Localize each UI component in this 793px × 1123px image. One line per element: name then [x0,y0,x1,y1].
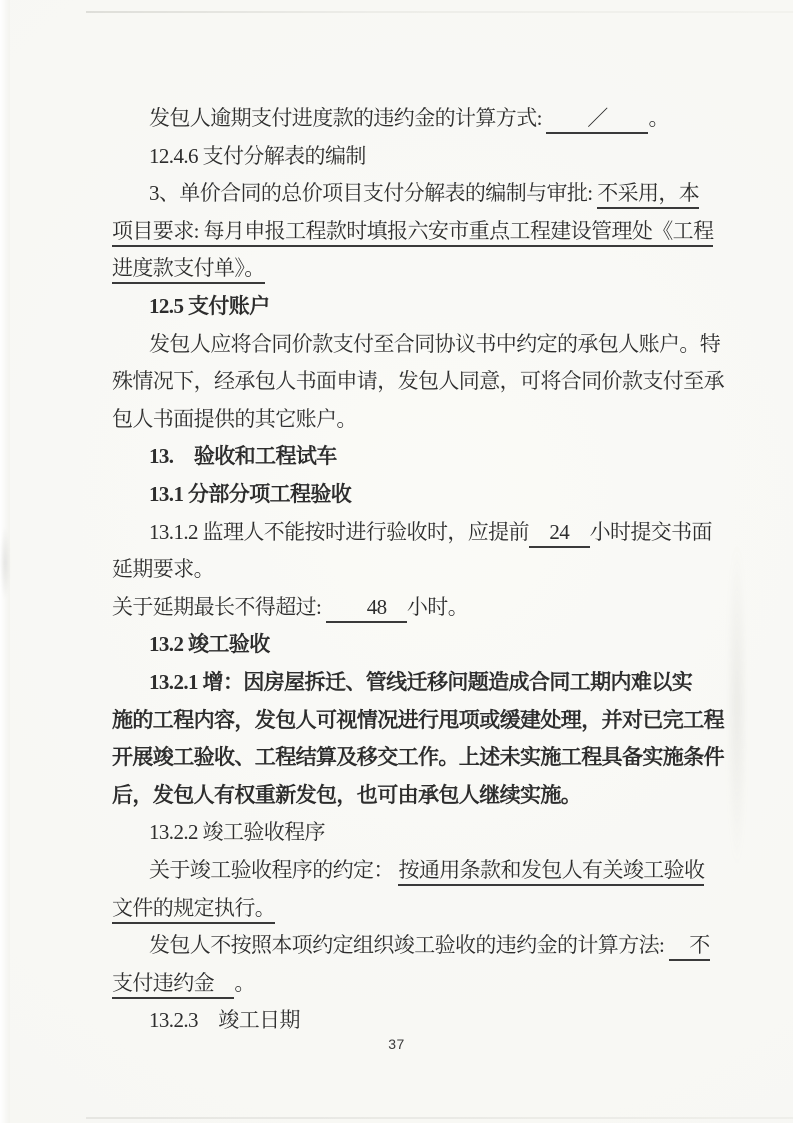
filled-blank-text: 不 [669,933,710,961]
line-text: 关于延期最长不得超过: [112,595,326,619]
line-text: 发包人逾期支付进度款的违约金的计算方式: [149,106,546,130]
filled-blank-text: 进度款支付单》。 [112,256,265,284]
text-line-delay-limit: 关于延期最长不得超过: 48 小时。 [112,592,468,622]
line-text: 13.2.2 竣工验收程序 [149,820,325,844]
line-text: 包人书面提供的其它账户。 [112,407,357,431]
line-text: 发包人应将合同价款支付至合同协议书中约定的承包人账户。特 [149,332,720,356]
text-line-13-2-1-c: 开展竣工验收、工程结算及移交工作。上述未实施工程具备实施条件 [112,742,724,772]
text-line-penalty-method: 发包人不按照本项约定组织竣工验收的违约金的计算方法: 不 [112,930,710,960]
line-text: 13.1 分部分项工程验收 [149,482,351,506]
line-text: 13.2 竣工验收 [149,632,270,656]
line-text: 3、单价合同的总价项目支付分解表的编制与审批: [149,181,597,205]
heading-12-5: 12.5 支付账户 [112,291,270,321]
heading-13-2-2: 13.2.2 竣工验收程序 [112,817,325,847]
filled-blank-text: 文件的规定执行。 [112,896,275,924]
scanned-contract-page: 发包人逾期支付进度款的违约金的计算方式: ／ 。 12.4.6 支付分解表的编制… [0,0,793,1123]
line-text: 关于竣工验收程序的约定： [149,858,398,882]
filled-blank-24: 24 [529,520,590,548]
filled-blank-text: 支付违约金 [112,971,234,999]
text-line-account-1: 发包人应将合同价款支付至合同协议书中约定的承包人账户。特 [112,329,720,359]
heading-13-1: 13.1 分部分项工程验收 [112,479,351,509]
line-text: 后，发包人有权重新发包，也可由承包人继续实施。 [112,783,581,807]
text-line-item3-cont: 项目要求: 每月申报工程款时填报六安市重点工程建设管理处《工程 [112,216,713,246]
line-text: 13.2.1 增：因房屋拆迁、管线迁移问题造成合同工期内难以实 [149,670,692,694]
line-text: 13.2.3 竣工日期 [149,1008,300,1032]
heading-13-2: 13.2 竣工验收 [112,629,270,659]
text-line-13-2-1-b: 施的工程内容，发包人可视情况进行甩项或缓建处理，并对已完工程 [112,705,724,735]
text-line-acceptance-proc-cont: 文件的规定执行。 [112,893,275,923]
line-text: 13. 验收和工程试车 [149,444,337,468]
filled-blank-text: 按通用条款和发包人有关竣工验收 [398,858,704,886]
line-text: 施的工程内容，发包人可视情况进行甩项或缓建处理，并对已完工程 [112,708,724,732]
filled-blank-text: 不采用，本 [597,181,699,209]
line-text: 12.5 支付账户 [149,294,270,318]
text-line-13-1-2-cont: 延期要求。 [112,554,214,584]
heading-13: 13. 验收和工程试车 [112,441,337,471]
filled-blank-slash: ／ [546,106,648,134]
line-text: 小时。 [407,595,468,619]
line-text: 开展竣工验收、工程结算及移交工作。上述未实施工程具备实施条件 [112,745,724,769]
line-text: 发包人不按照本项约定组织竣工验收的违约金的计算方法: [149,933,669,957]
page-number: 37 [0,1036,793,1052]
text-line-13-2-1-d: 后，发包人有权重新发包，也可由承包人继续实施。 [112,780,581,810]
scan-edge-bottom [86,1117,793,1119]
scan-smudge-left [0,528,10,598]
line-text: 。 [648,106,668,130]
line-text: 殊情况下，经承包人书面申请，发包人同意，可将合同价款支付至承 [112,369,724,393]
scan-smudge-right [726,540,748,870]
text-line-13-1-2: 13.1.2 监理人不能按时进行验收时，应提前 24 小时提交书面 [112,517,712,547]
text-line-13-2-1-a: 13.2.1 增：因房屋拆迁、管线迁移问题造成合同工期内难以实 [112,667,692,697]
text-line-item3: 3、单价合同的总价项目支付分解表的编制与审批: 不采用，本 [112,178,699,208]
line-text: 。 [234,971,254,995]
filled-blank-48: 48 [326,595,407,623]
line-text: 13.1.2 监理人不能按时进行验收时，应提前 [149,520,529,544]
text-line-penalty-method-cont: 支付违约金 。 [112,968,255,998]
line-text: 小时提交书面 [590,520,712,544]
line-text: 12.4.6 支付分解表的编制 [149,144,366,168]
heading-12-4-6: 12.4.6 支付分解表的编制 [112,141,366,171]
text-line-item3-end: 进度款支付单》。 [112,253,265,283]
heading-13-2-3: 13.2.3 竣工日期 [112,1005,300,1035]
text-line-account-3: 包人书面提供的其它账户。 [112,404,357,434]
text-line-account-2: 殊情况下，经承包人书面申请，发包人同意，可将合同价款支付至承 [112,366,724,396]
text-line-acceptance-proc: 关于竣工验收程序的约定： 按通用条款和发包人有关竣工验收 [112,855,704,885]
text-line-penalty-calc: 发包人逾期支付进度款的违约金的计算方式: ／ 。 [112,103,669,133]
filled-blank-text: 项目要求: 每月申报工程款时填报六安市重点工程建设管理处《工程 [112,219,713,247]
scan-edge-top [86,11,793,13]
line-text: 延期要求。 [112,557,214,581]
